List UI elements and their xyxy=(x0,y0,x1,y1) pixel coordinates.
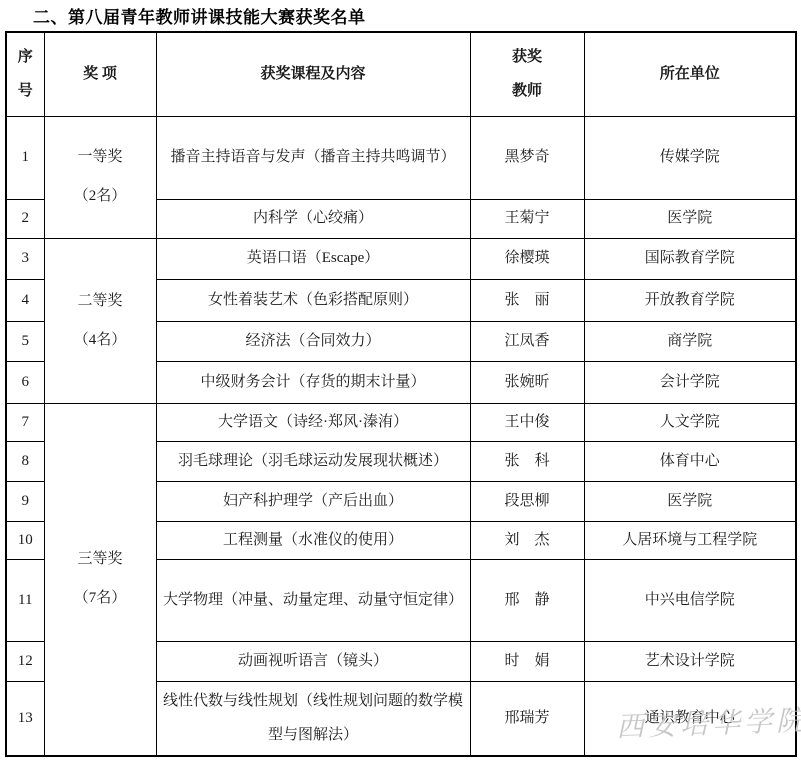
cell-unit: 中兴电信学院 xyxy=(584,559,796,641)
cell-index: 3 xyxy=(6,238,44,279)
cell-course: 播音主持语音与发声（播音主持共鸣调节） xyxy=(156,116,470,199)
cell-course: 内科学（心绞痛） xyxy=(156,199,470,238)
cell-teacher: 邢瑞芳 xyxy=(470,681,584,756)
cell-teacher: 邢 静 xyxy=(470,559,584,641)
cell-unit: 人文学院 xyxy=(584,403,796,441)
cell-course: 英语口语（Escape） xyxy=(156,238,470,279)
award-group-third: 三等奖 （7名） xyxy=(44,403,156,756)
cell-teacher: 时 娟 xyxy=(470,641,584,681)
cell-index: 2 xyxy=(6,199,44,238)
cell-index: 6 xyxy=(6,361,44,403)
cell-unit: 传媒学院 xyxy=(584,116,796,199)
award-group-name: 一等奖 xyxy=(49,150,152,165)
cell-teacher: 王中俊 xyxy=(470,403,584,441)
cell-unit: 会计学院 xyxy=(584,361,796,403)
document-title: 二、第八届青年教师讲课技能大赛获奖名单 xyxy=(33,3,366,28)
award-group-count: （2名） xyxy=(49,189,152,204)
award-group-name: 三等奖 xyxy=(49,552,152,567)
cell-course: 大学语文（诗经·郑风·溱洧） xyxy=(156,403,470,441)
cell-course: 工程测量（水准仪的使用） xyxy=(156,521,470,559)
cell-course: 大学物理（冲量、动量定理、动量守恒定律） xyxy=(156,559,470,641)
cell-unit: 人居环境与工程学院 xyxy=(584,521,796,559)
cell-teacher: 徐樱瑛 xyxy=(470,238,584,279)
table-row: 7 三等奖 （7名） 大学语文（诗经·郑风·溱洧） 王中俊 人文学院 xyxy=(6,403,796,441)
cell-unit: 医学院 xyxy=(584,199,796,238)
col-header-index: 序号 xyxy=(6,32,44,116)
cell-teacher: 段思柳 xyxy=(470,481,584,521)
col-header-index-label: 序号 xyxy=(16,40,34,109)
cell-index: 1 xyxy=(6,116,44,199)
col-header-teacher: 获奖教师 xyxy=(470,32,584,116)
cell-unit: 通识教育中心 xyxy=(584,681,796,756)
cell-index: 10 xyxy=(6,521,44,559)
cell-index: 5 xyxy=(6,321,44,361)
col-header-course: 获奖课程及内容 xyxy=(156,32,470,116)
award-group-count: （4名） xyxy=(49,333,152,348)
document-page: 二、第八届青年教师讲课技能大赛获奖名单 序号 奖 项 获奖课程及内容 获奖教师 … xyxy=(0,0,801,763)
table-row: 1 一等奖 （2名） 播音主持语音与发声（播音主持共鸣调节） 黑梦奇 传媒学院 xyxy=(6,116,796,199)
cell-teacher: 张 丽 xyxy=(470,279,584,321)
header-row: 序号 奖 项 获奖课程及内容 获奖教师 所在单位 xyxy=(6,32,796,116)
cell-index: 9 xyxy=(6,481,44,521)
cell-index: 11 xyxy=(6,559,44,641)
col-header-unit: 所在单位 xyxy=(584,32,796,116)
cell-course: 羽毛球理论（羽毛球运动发展现状概述） xyxy=(156,441,470,481)
award-group-first: 一等奖 （2名） xyxy=(44,116,156,238)
cell-teacher: 黑梦奇 xyxy=(470,116,584,199)
cell-index: 13 xyxy=(6,681,44,756)
cell-unit: 商学院 xyxy=(584,321,796,361)
cell-course: 线性代数与线性规划（线性规划问题的数学模型与图解法） xyxy=(156,681,470,756)
cell-teacher: 江凤香 xyxy=(470,321,584,361)
col-header-teacher-label: 获奖教师 xyxy=(511,40,544,109)
cell-unit: 医学院 xyxy=(584,481,796,521)
cell-unit: 艺术设计学院 xyxy=(584,641,796,681)
award-group-second: 二等奖 （4名） xyxy=(44,238,156,403)
cell-unit: 国际教育学院 xyxy=(584,238,796,279)
cell-course: 中级财务会计（存货的期末计量） xyxy=(156,361,470,403)
cell-teacher: 张 科 xyxy=(470,441,584,481)
award-group-name: 二等奖 xyxy=(49,294,152,309)
cell-index: 8 xyxy=(6,441,44,481)
cell-teacher: 刘 杰 xyxy=(470,521,584,559)
cell-unit: 开放教育学院 xyxy=(584,279,796,321)
cell-course: 妇产科护理学（产后出血） xyxy=(156,481,470,521)
awards-table: 序号 奖 项 获奖课程及内容 获奖教师 所在单位 1 一等奖 （2名） 播音主持… xyxy=(5,31,797,757)
table-row: 3 二等奖 （4名） 英语口语（Escape） 徐樱瑛 国际教育学院 xyxy=(6,238,796,279)
cell-index: 4 xyxy=(6,279,44,321)
cell-teacher: 王菊宁 xyxy=(470,199,584,238)
award-group-count: （7名） xyxy=(49,591,152,606)
cell-index: 7 xyxy=(6,403,44,441)
col-header-award: 奖 项 xyxy=(44,32,156,116)
cell-unit: 体育中心 xyxy=(584,441,796,481)
cell-course: 经济法（合同效力） xyxy=(156,321,470,361)
cell-index: 12 xyxy=(6,641,44,681)
cell-course: 动画视听语言（镜头） xyxy=(156,641,470,681)
cell-course: 女性着装艺术（色彩搭配原则） xyxy=(156,279,470,321)
cell-teacher: 张婉昕 xyxy=(470,361,584,403)
